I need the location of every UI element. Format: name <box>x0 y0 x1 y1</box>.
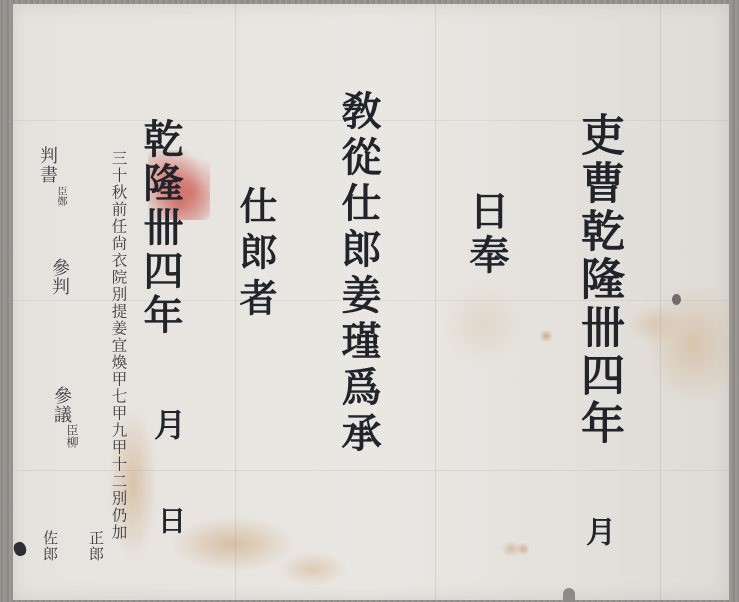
signature-panseo-title: 判書 <box>38 146 56 184</box>
signature-panseo-name: 臣鄭 <box>55 186 65 206</box>
fold-crease <box>435 4 436 600</box>
issue-date-column: 乾隆卌四年 <box>140 118 180 338</box>
issue-day: 日 <box>156 506 184 538</box>
signature-jwarang: 佐郎 <box>42 530 57 562</box>
paper-tear <box>563 588 575 602</box>
fold-crease <box>660 4 661 600</box>
signature-champan-title: 參判 <box>50 258 68 296</box>
signature-chamui-title: 參議 <box>52 386 70 424</box>
signature-jeongnang: 正郎 <box>88 530 103 562</box>
issuer-date-column: 吏曹乾隆卌四年 <box>576 112 620 448</box>
issuer-month: 月 <box>582 516 612 550</box>
issue-month: 月 <box>152 408 184 444</box>
appointment-continuation-column: 仕郎者 <box>236 186 274 324</box>
annotation-column: 三十秋前任尙衣院別提姜宜煥甲七甲九甲十二別仍加 <box>110 150 126 541</box>
royal-order-column: 日奉 <box>466 190 506 278</box>
signature-chamui-name: 臣柳 <box>66 424 78 448</box>
appointment-column: 敎從仕郎姜瑾爲承 <box>338 90 378 458</box>
worm-hole <box>672 294 681 305</box>
